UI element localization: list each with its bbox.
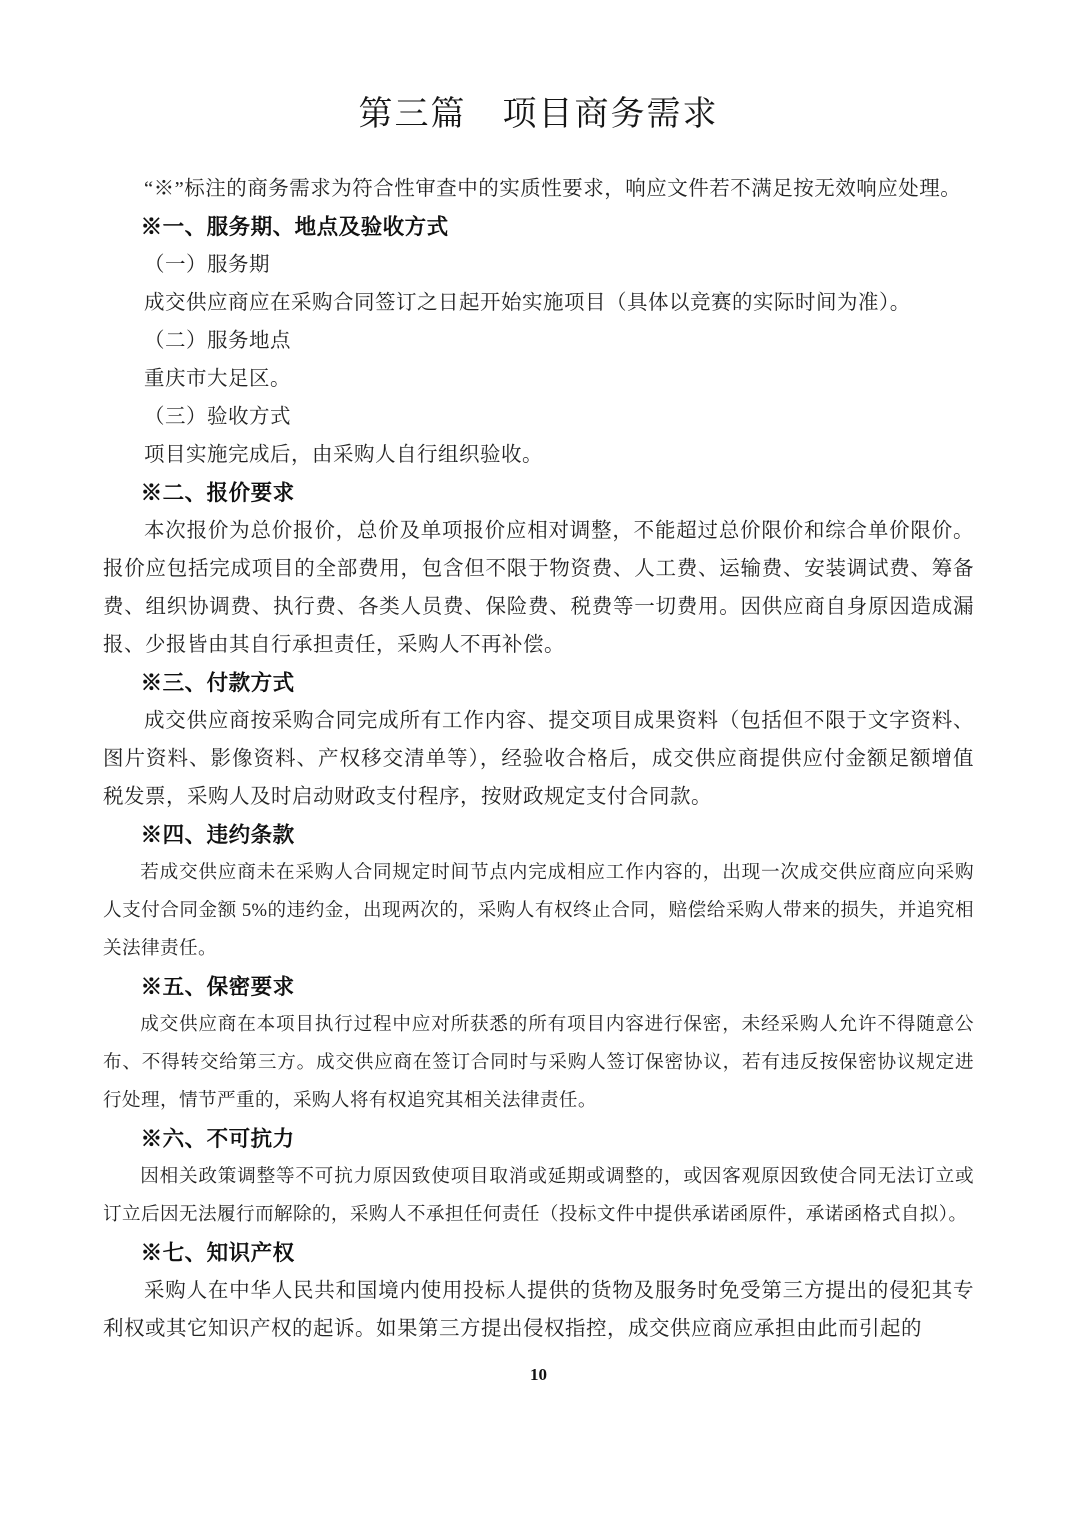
- document-page: 第三篇 项目商务需求 “※”标注的商务需求为符合性审查中的实质性要求，响应文件若…: [0, 0, 1074, 1520]
- section: ※四、违约条款 若成交供应商未在采购人合同规定时间节点内完成相应工作内容的，出现…: [103, 816, 974, 968]
- paragraph: 重庆市大足区。: [103, 360, 974, 398]
- section: ※一、服务期、地点及验收方式 （一）服务期成交供应商应在采购合同签订之日起开始实…: [103, 208, 974, 474]
- document-sections: ※一、服务期、地点及验收方式 （一）服务期成交供应商应在采购合同签订之日起开始实…: [103, 208, 974, 1348]
- page-number: 10: [103, 1362, 974, 1388]
- paragraph: 成交供应商在本项目执行过程中应对所获悉的所有项目内容进行保密，未经采购人允许不得…: [103, 1006, 974, 1120]
- paragraph: （三）验收方式: [103, 398, 974, 436]
- section-heading: ※一、服务期、地点及验收方式: [103, 208, 974, 246]
- section-heading: ※七、知识产权: [103, 1234, 974, 1272]
- paragraph: （一）服务期: [103, 246, 974, 284]
- page-title: 第三篇 项目商务需求: [103, 90, 974, 140]
- section: ※六、不可抗力 因相关政策调整等不可抗力原因致使项目取消或延期或调整的，或因客观…: [103, 1120, 974, 1234]
- paragraph: 采购人在中华人民共和国境内使用投标人提供的货物及服务时免受第三方提出的侵犯其专利…: [103, 1272, 974, 1348]
- intro-paragraph: “※”标注的商务需求为符合性审查中的实质性要求，响应文件若不满足按无效响应处理。: [103, 170, 974, 208]
- section-heading: ※六、不可抗力: [103, 1120, 974, 1158]
- paragraph: 成交供应商应在采购合同签订之日起开始实施项目（具体以竞赛的实际时间为准）。: [103, 284, 974, 322]
- section-heading: ※五、保密要求: [103, 968, 974, 1006]
- paragraph: 若成交供应商未在采购人合同规定时间节点内完成相应工作内容的，出现一次成交供应商应…: [103, 854, 974, 968]
- paragraph: 因相关政策调整等不可抗力原因致使项目取消或延期或调整的，或因客观原因致使合同无法…: [103, 1158, 974, 1234]
- section-heading: ※二、报价要求: [103, 474, 974, 512]
- paragraph: （二）服务地点: [103, 322, 974, 360]
- section: ※三、付款方式 成交供应商按采购合同完成所有工作内容、提交项目成果资料（包括但不…: [103, 664, 974, 816]
- paragraph: 本次报价为总价报价，总价及单项报价应相对调整，不能超过总价限价和综合单价限价。报…: [103, 512, 974, 664]
- paragraph: 成交供应商按采购合同完成所有工作内容、提交项目成果资料（包括但不限于文字资料、图…: [103, 702, 974, 816]
- section: ※五、保密要求 成交供应商在本项目执行过程中应对所获悉的所有项目内容进行保密，未…: [103, 968, 974, 1120]
- section: ※二、报价要求 本次报价为总价报价，总价及单项报价应相对调整，不能超过总价限价和…: [103, 474, 974, 664]
- section-heading: ※四、违约条款: [103, 816, 974, 854]
- section: ※七、知识产权 采购人在中华人民共和国境内使用投标人提供的货物及服务时免受第三方…: [103, 1234, 974, 1348]
- section-heading: ※三、付款方式: [103, 664, 974, 702]
- paragraph: 项目实施完成后，由采购人自行组织验收。: [103, 436, 974, 474]
